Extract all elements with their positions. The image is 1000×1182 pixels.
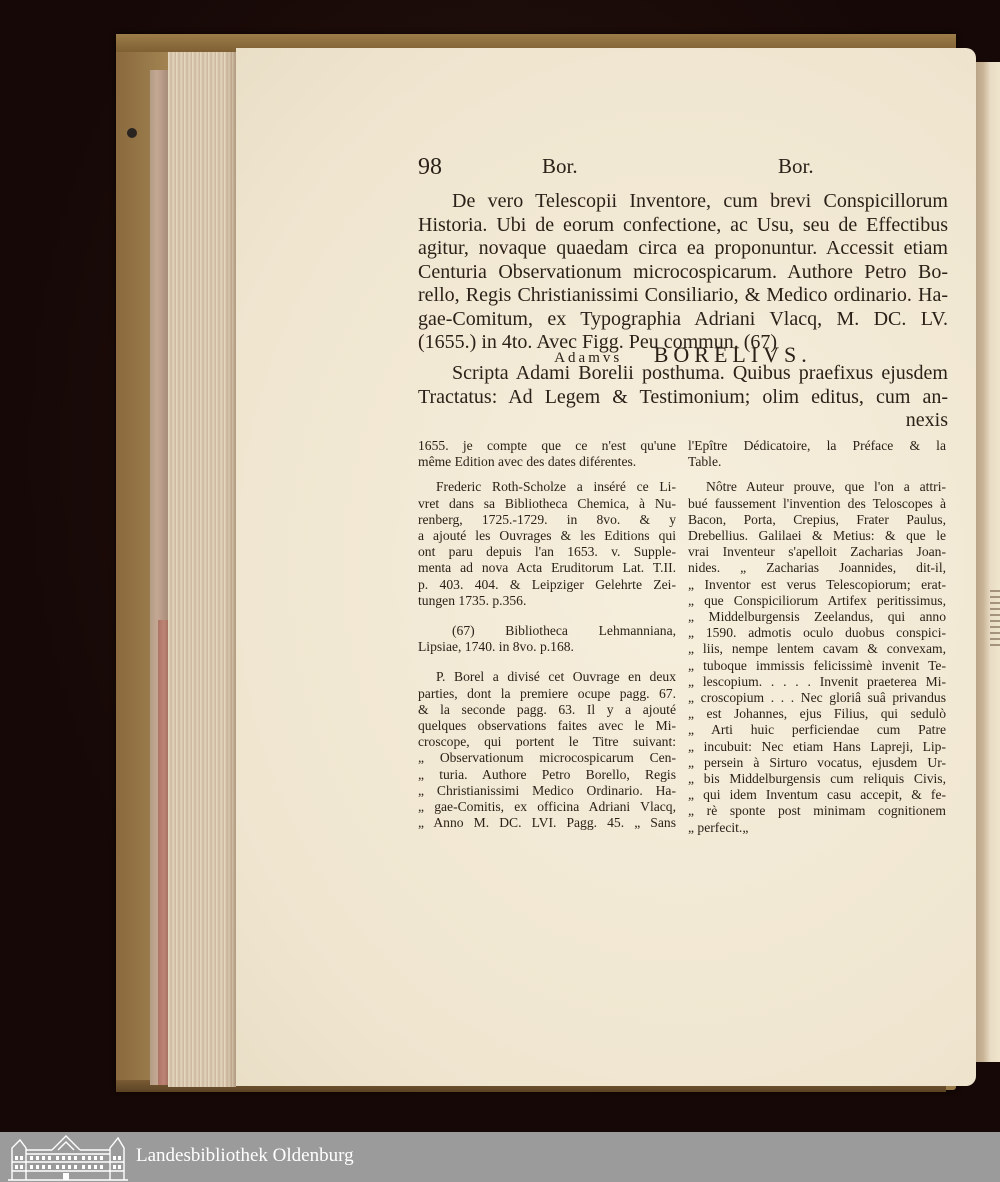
note-line: „ persein à Sirturo vocatus, ejusdem Ur- bbox=[688, 755, 946, 771]
note-line: & la seconde pagg. 63. Il y a ajouté bbox=[418, 702, 676, 718]
entry-line: rello, Regis Christianissimi Consiliario… bbox=[418, 284, 948, 308]
note-line: p. 403. 404. & Leipziger Gelehrte Zei- bbox=[418, 577, 676, 593]
entry-line: Scripta Adami Borelii posthuma. Quibus p… bbox=[418, 362, 948, 386]
note-line: parties, dont la premiere ocupe pagg. 67… bbox=[418, 686, 676, 702]
library-name: Landesbibliothek Oldenburg bbox=[136, 1145, 354, 1167]
entry-line: agitur, novaque quaedam circa ea proponu… bbox=[418, 237, 948, 261]
note-line: „ liis, nempe lentem cavam & convexam, bbox=[688, 641, 946, 657]
note-line: croscope, qui portent le Titre suivant: bbox=[418, 734, 676, 750]
note-line: „ Middelburgensis Zeelandus, qui anno bbox=[688, 609, 946, 625]
note-line: „ tuboque immissis felicissimè invenit T… bbox=[688, 658, 946, 674]
note-line: „ qui idem Inventum casu accepit, & fe- bbox=[688, 787, 946, 803]
note-line: „ turia. Authore Petro Borello, Regis bbox=[418, 767, 676, 783]
note-line: ont paru depuis l'an 1653. v. Supple- bbox=[418, 544, 676, 560]
note-line: quelques observations faites avec le Mi- bbox=[418, 718, 676, 734]
bibliography-entry-borel: De vero Telescopii Inventore, cum brevi … bbox=[418, 190, 948, 355]
note-line: „ Arti huic perficiendae cum Patre bbox=[688, 722, 946, 738]
note-line: Frederic Roth-Scholze a inséré ce Li- bbox=[418, 479, 676, 495]
note-line: P. Borel a divisé cet Ouvrage en deux bbox=[418, 669, 676, 685]
entry-line: De vero Telescopii Inventore, cum brevi … bbox=[418, 190, 948, 214]
notes-column-left: 1655. je compte que ce n'est qu'une même… bbox=[418, 438, 676, 831]
running-head-left: Bor. bbox=[542, 154, 578, 179]
note-line: „ est Johannes, ejus Filius, qui sedulò bbox=[688, 706, 946, 722]
footnote-line: (67) Bibliotheca Lehmanniana, bbox=[418, 623, 676, 639]
note-line: vret dans sa Bibliotheca Chemica, à Nu- bbox=[418, 496, 676, 512]
note-line: 1655. je compte que ce n'est qu'une bbox=[418, 438, 676, 454]
note-line: „ Anno M. DC. LVI. Pagg. 45. „ Sans bbox=[418, 815, 676, 831]
bibliography-entry-adamus-borelius: Scripta Adami Borelii posthuma. Quibus p… bbox=[418, 362, 948, 433]
entry-line: Historia. Ubi de eorum confectione, ac U… bbox=[418, 214, 948, 238]
footnote-line: Lipsiae, 1740. in 8vo. p.168. bbox=[418, 639, 676, 655]
note-line: Table. bbox=[688, 454, 946, 470]
note-line: bué faussement l'invention des Teloscope… bbox=[688, 496, 946, 512]
next-page-edge bbox=[976, 62, 1000, 1062]
note-line: a ajouté les Ouvrages & les Editions qui bbox=[418, 528, 676, 544]
note-line: même Edition avec des dates diférentes. bbox=[418, 454, 676, 470]
note-line: Bacon, Porta, Crepius, Frater Paulus, bbox=[688, 512, 946, 528]
note-line: menta ad nova Acta Eruditorum Lat. T.II. bbox=[418, 560, 676, 576]
note-line: vrai Inventeur s'apelloit Zacharias Joan… bbox=[688, 544, 946, 560]
note-line: tungen 1735. p.356. bbox=[418, 593, 676, 609]
note-line: Nôtre Auteur prouve, que l'on a attri- bbox=[688, 479, 946, 495]
note-line: „ que Conspiciliorum Artifex peritissimu… bbox=[688, 593, 946, 609]
entry-line: Tractatus: Ad Legem & Testimonium; olim … bbox=[418, 386, 948, 410]
note-line: „ perfecit.„ bbox=[688, 820, 946, 836]
note-line: „ bis Middelburgensis cum reliquis Civis… bbox=[688, 771, 946, 787]
note-line: „ Inventor est verus Telescopiorum; erat… bbox=[688, 577, 946, 593]
running-head: 98 Bor. Bor. bbox=[418, 154, 948, 184]
note-line: Drebellius. Galilaei & Metius: & que le bbox=[688, 528, 946, 544]
entry-line: Centuria Observationum microcospicarum. … bbox=[418, 261, 948, 285]
note-line: „ Observationum microcospicarum Cen- bbox=[418, 750, 676, 766]
note-line: „ Christianissimi Medico Ordinario. Ha- bbox=[418, 783, 676, 799]
scan-viewer: 98 Bor. Bor. De vero Telescopii Inventor… bbox=[0, 0, 1000, 1132]
note-line: „ rè sponte post minimam cognitionem bbox=[688, 803, 946, 819]
note-line: „ incubuit: Nec etiam Hans Lapreji, Lip- bbox=[688, 739, 946, 755]
running-head-right: Bor. bbox=[778, 154, 814, 179]
note-line: nides. „ Zacharias Joannides, dit-il, bbox=[688, 560, 946, 576]
library-building-icon bbox=[6, 1132, 130, 1182]
notes-column-right: l'Epître Dédicatoire, la Préface & la Ta… bbox=[688, 438, 946, 836]
page-number: 98 bbox=[418, 154, 442, 181]
note-line: l'Epître Dédicatoire, la Préface & la bbox=[688, 438, 946, 454]
note-line: renberg, 1725.-1729. in 8vo. & y bbox=[418, 512, 676, 528]
note-line: „ croscopium . . . Nec gloriâ suâ privan… bbox=[688, 690, 946, 706]
note-line: „ 1590. admotis oculo duobus conspici- bbox=[688, 625, 946, 641]
entry-line: nexis bbox=[418, 409, 948, 433]
note-line: „ lescopium. . . . . Invenit praeterea M… bbox=[688, 674, 946, 690]
entry-line: gae-Comitum, ex Typographia Adriani Vlac… bbox=[418, 308, 948, 332]
binding-nail bbox=[127, 128, 137, 138]
note-line: „ gae-Comitis, ex officina Adriani Vlacq… bbox=[418, 799, 676, 815]
next-page-handwriting bbox=[990, 590, 1000, 650]
library-footer-bar: Landesbibliothek Oldenburg bbox=[0, 1132, 1000, 1182]
